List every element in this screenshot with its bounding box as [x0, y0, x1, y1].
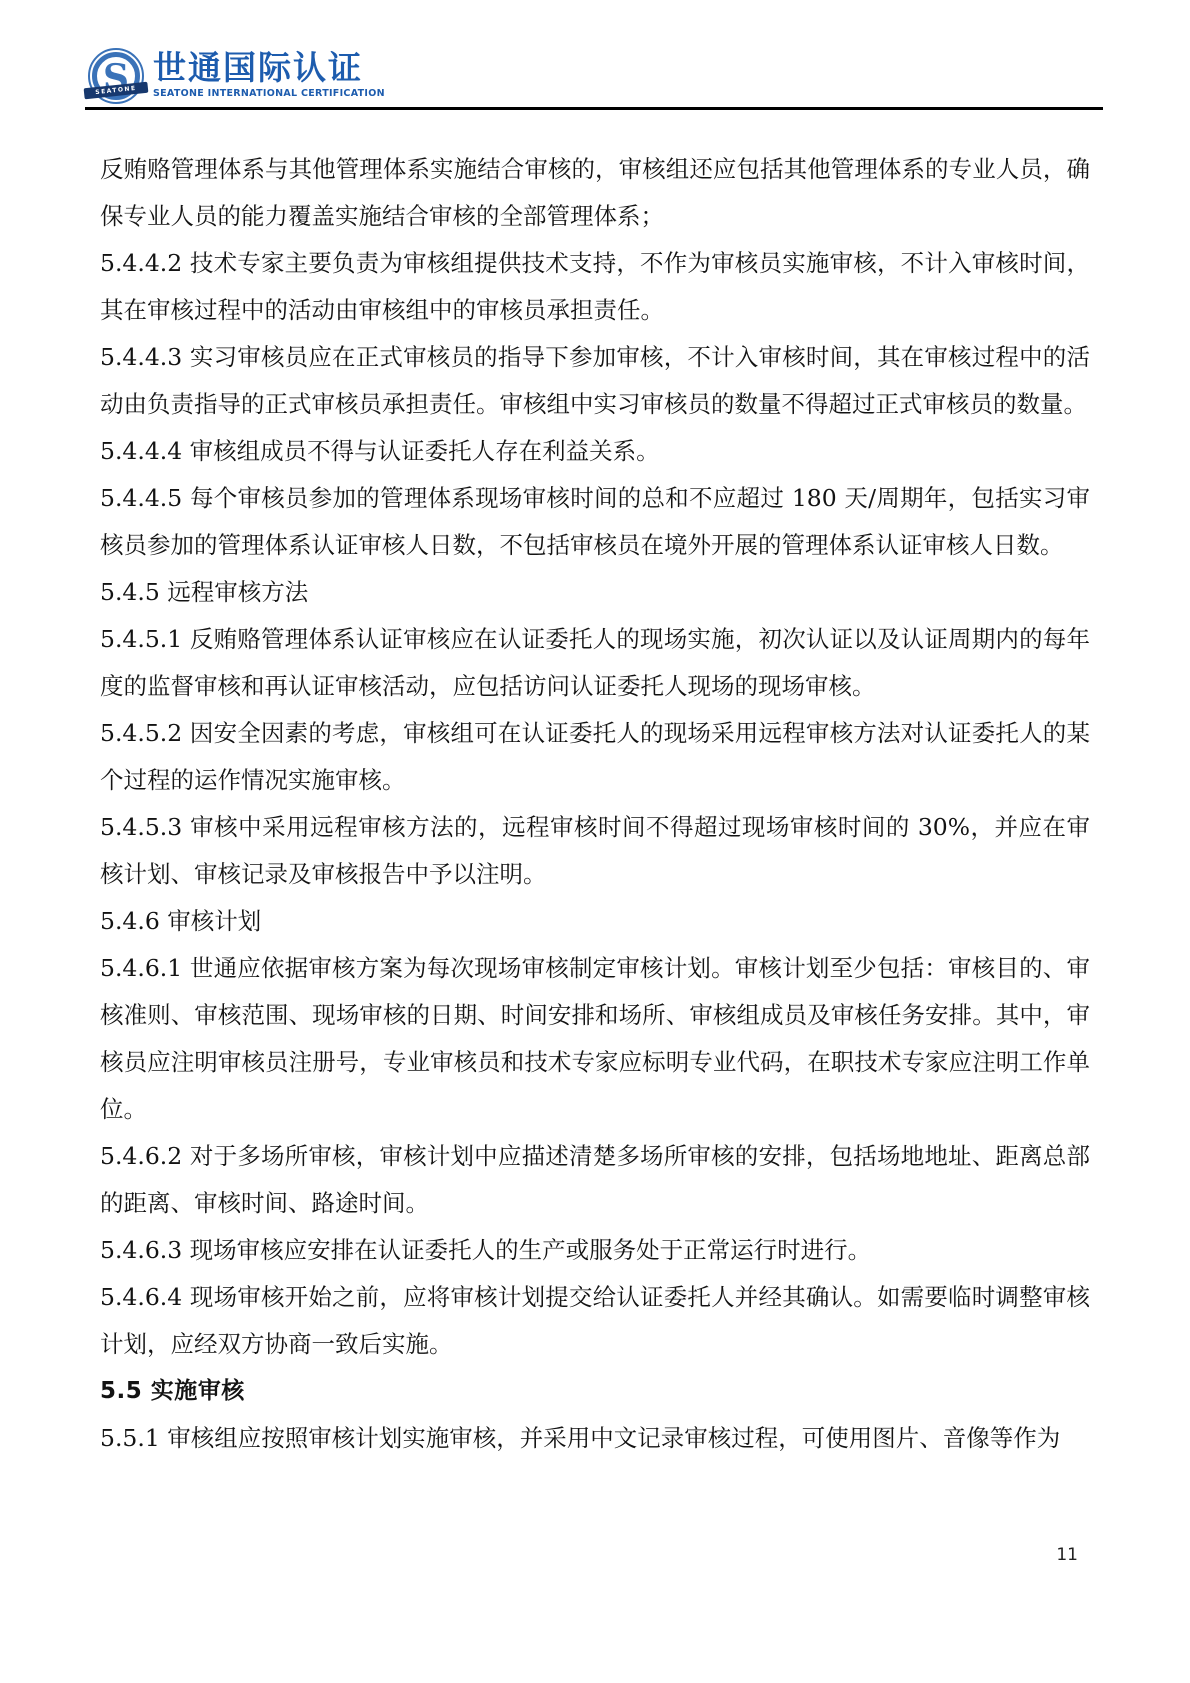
brand-text-block: 世通国际认证 SEATONE INTERNATIONAL CERTIFICATI…	[153, 48, 385, 99]
paragraph: 5.4.6.2 对于多场所审核，审核计划中应描述清楚多场所审核的安排，包括场地地…	[100, 1133, 1090, 1227]
paragraph: 反贿赂管理体系与其他管理体系实施结合审核的，审核组还应包括其他管理体系的专业人员…	[100, 146, 1090, 240]
company-logo: S SEATONE 世通国际认证 SEATONE INTERNATIONAL C…	[88, 48, 385, 104]
paragraph: 5.5 实施审核	[100, 1368, 1090, 1415]
paragraph: 5.4.4.4 审核组成员不得与认证委托人存在利益关系。	[100, 428, 1090, 475]
paragraph: 5.4.4.5 每个审核员参加的管理体系现场审核时间的总和不应超过 180 天/…	[100, 475, 1090, 569]
paragraph: 5.4.6.1 世通应依据审核方案为每次现场审核制定审核计划。审核计划至少包括：…	[100, 945, 1090, 1133]
paragraph: 5.4.6.4 现场审核开始之前，应将审核计划提交给认证委托人并经其确认。如需要…	[100, 1274, 1090, 1368]
paragraph: 5.4.6 审核计划	[100, 898, 1090, 945]
document-body: 反贿赂管理体系与其他管理体系实施结合审核的，审核组还应包括其他管理体系的专业人员…	[100, 146, 1090, 1462]
brand-name-cn: 世通国际认证	[153, 49, 385, 87]
paragraph: 5.4.5.2 因安全因素的考虑，审核组可在认证委托人的现场采用远程审核方法对认…	[100, 710, 1090, 804]
paragraph: 5.5.1 审核组应按照审核计划实施审核，并采用中文记录审核过程，可使用图片、音…	[100, 1415, 1090, 1462]
paragraph: 5.4.5 远程审核方法	[100, 569, 1090, 616]
paragraph: 5.4.5.1 反贿赂管理体系认证审核应在认证委托人的现场实施，初次认证以及认证…	[100, 616, 1090, 710]
seatone-emblem-icon: S SEATONE	[88, 48, 144, 104]
page-number: 11	[1056, 1545, 1078, 1565]
paragraph: 5.4.4.2 技术专家主要负责为审核组提供技术支持，不作为审核员实施审核，不计…	[100, 240, 1090, 334]
paragraph: 5.4.5.3 审核中采用远程审核方法的，远程审核时间不得超过现场审核时间的 3…	[100, 804, 1090, 898]
brand-name-en: SEATONE INTERNATIONAL CERTIFICATION	[153, 88, 385, 99]
document-page: S SEATONE 世通国际认证 SEATONE INTERNATIONAL C…	[0, 0, 1190, 1683]
header-divider	[85, 107, 1103, 110]
paragraph: 5.4.4.3 实习审核员应在正式审核员的指导下参加审核，不计入审核时间，其在审…	[100, 334, 1090, 428]
paragraph: 5.4.6.3 现场审核应安排在认证委托人的生产或服务处于正常运行时进行。	[100, 1227, 1090, 1274]
